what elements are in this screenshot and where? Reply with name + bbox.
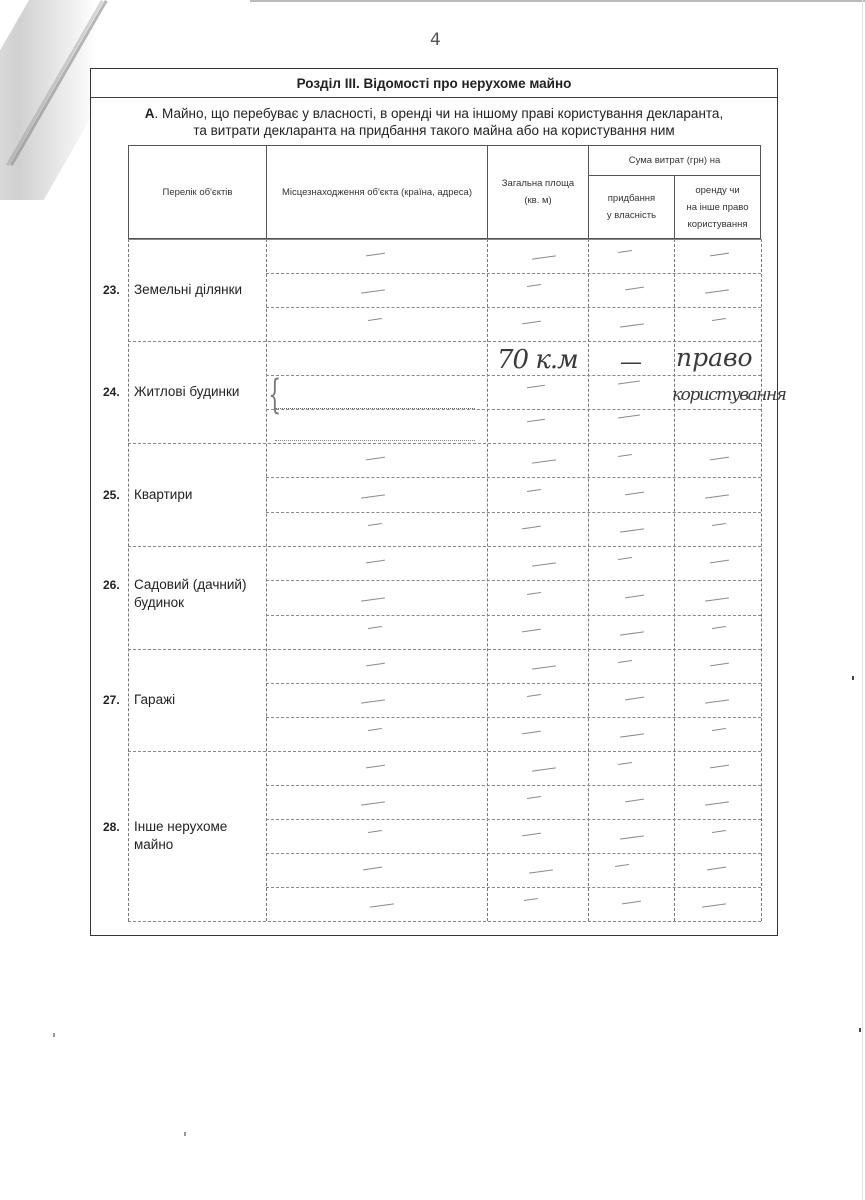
empty-mark [366,765,385,769]
empty-mark [527,385,545,388]
header-area: Загальна площа (кв. м) [487,145,589,239]
row-label: Житлові будинки [134,383,259,401]
empty-mark [625,799,644,803]
empty-mark [366,663,385,667]
row-divider [128,751,761,752]
empty-mark [705,289,729,293]
empty-mark [366,560,385,564]
subrow-divider [266,409,761,410]
row-divider [128,341,761,342]
row-label: Інше нерухоме майно [134,818,259,854]
empty-mark [367,830,381,833]
empty-mark [620,323,644,327]
handwritten-purchase: — [620,350,642,375]
column-divider [761,239,762,921]
header-rent: оренду чи на інше право користування [674,175,761,239]
empty-mark [527,419,545,422]
header-objects: Перелік об'єктів [128,145,267,239]
row-divider [128,443,761,444]
empty-mark [711,830,725,833]
empty-mark [618,380,640,384]
subheading-line-2: та витрати декларанта на придбання таког… [91,122,777,139]
empty-mark [615,864,629,867]
empty-mark [361,289,385,293]
empty-mark [710,560,729,564]
row-number: 27. [103,693,120,707]
subrow-divider [266,580,761,581]
row-number: 28. [103,820,120,834]
subrow-divider [266,307,761,308]
empty-mark [625,697,644,701]
row-number: 25. [103,488,120,502]
empty-mark [710,457,729,461]
empty-mark [710,253,729,257]
section-title: Розділ ІІІ. Відомості про нерухоме майно [91,69,777,98]
property-table: Перелік об'єктів Місцезнаходження об'єкт… [128,145,761,921]
empty-mark [522,526,541,530]
header-expenses: Сума витрат (грн) на [588,145,761,176]
header-rent-label-2: на інше право [686,199,748,216]
header-rent-label: оренду чи [695,182,739,199]
empty-mark [532,255,556,259]
empty-mark [367,626,381,629]
section-subheading: А. Майно, що перебуває у власності, в ор… [91,105,777,139]
empty-mark [532,562,556,566]
subrow-divider [266,477,761,478]
empty-mark [363,867,382,871]
scan-speck [184,1132,186,1136]
empty-mark [707,867,726,871]
row-number: 26. [103,578,120,592]
empty-mark [522,321,541,325]
header-area-unit: (кв. м) [524,192,551,209]
empty-mark [618,557,632,560]
empty-mark [702,903,726,907]
empty-mark [711,728,725,731]
empty-mark [361,597,385,601]
empty-mark [625,287,644,291]
empty-mark [710,765,729,769]
row-label: Квартири [134,486,259,504]
empty-mark [622,901,641,905]
redacted-address-line [275,408,475,409]
subheading-line-1: . Майно, що перебуває у власності, в оре… [155,106,724,121]
subrow-divider [266,683,761,684]
redacted-address-line [275,440,475,441]
empty-mark [522,731,541,735]
row-label: Земельні ділянки [134,281,259,299]
subrow-divider [266,615,761,616]
subrow-divider [266,887,761,888]
subrow-divider [266,785,761,786]
empty-mark [705,801,729,805]
header-purchase-label-2: у власність [607,207,656,224]
empty-mark [620,733,644,737]
scan-edge [862,0,863,1200]
empty-mark [529,869,553,873]
header-expenses-label: Сума витрат (грн) на [629,152,721,169]
header-rent-label-3: користування [688,216,748,233]
subheading-prefix: А [145,106,155,121]
handwritten-rent-line-1: право [676,343,753,372]
subrow-divider [266,853,761,854]
handwritten-rent-line-2: користування [672,385,785,405]
empty-mark [620,631,644,635]
row-divider [128,921,761,922]
subrow-divider [266,512,761,513]
empty-mark [711,626,725,629]
empty-mark [526,694,540,697]
row-divider [128,649,761,650]
empty-mark [522,833,541,837]
empty-mark [620,835,644,839]
empty-mark [366,253,385,257]
empty-mark [618,762,632,765]
handwritten-brace: { [268,372,281,418]
empty-mark [367,318,381,321]
header-location-label: Місцезнаходження об'єкта (країна, адреса… [282,184,472,201]
row-label: Гаражі [134,691,259,709]
subrow-divider [266,819,761,820]
empty-mark [705,699,729,703]
empty-mark [532,665,556,669]
subrow-divider [266,717,761,718]
header-purchase-label: придбання [608,190,655,207]
page-number: 4 [430,30,441,50]
scan-speck [852,676,854,680]
empty-mark [522,629,541,633]
empty-mark [526,489,540,492]
empty-mark [618,454,632,457]
scan-speck [859,1028,861,1032]
empty-mark [532,459,556,463]
empty-mark [370,903,394,907]
row-divider [128,546,761,547]
empty-mark [361,801,385,805]
handwritten-area: 70 к.м [497,345,578,375]
header-location: Місцезнаходження об'єкта (країна, адреса… [266,145,488,239]
empty-mark [711,318,725,321]
empty-mark [526,796,540,799]
header-objects-label: Перелік об'єктів [163,184,233,201]
empty-mark [705,597,729,601]
empty-mark [620,528,644,532]
scan-edge [250,0,865,2]
row-number: 24. [103,385,120,399]
header-area-label: Загальна площа [502,175,574,192]
empty-mark [523,898,537,901]
subrow-divider [266,273,761,274]
empty-mark [361,494,385,498]
empty-mark [366,457,385,461]
empty-mark [361,699,385,703]
empty-mark [526,284,540,287]
empty-mark [618,660,632,663]
empty-mark [710,663,729,667]
subrow-divider [266,375,761,376]
row-label: Садовий (дачний) будинок [134,576,259,612]
row-number: 23. [103,283,120,297]
header-purchase: придбання у власність [588,175,675,239]
empty-mark [625,491,644,495]
empty-mark [625,594,644,598]
empty-mark [367,728,381,731]
empty-mark [618,250,632,253]
header-divider [128,239,761,240]
empty-mark [705,494,729,498]
scan-speck [53,1033,55,1037]
empty-mark [618,414,640,418]
empty-mark [711,523,725,526]
empty-mark [532,767,556,771]
empty-mark [526,592,540,595]
paper-fold-line [6,0,104,166]
empty-mark [367,523,381,526]
